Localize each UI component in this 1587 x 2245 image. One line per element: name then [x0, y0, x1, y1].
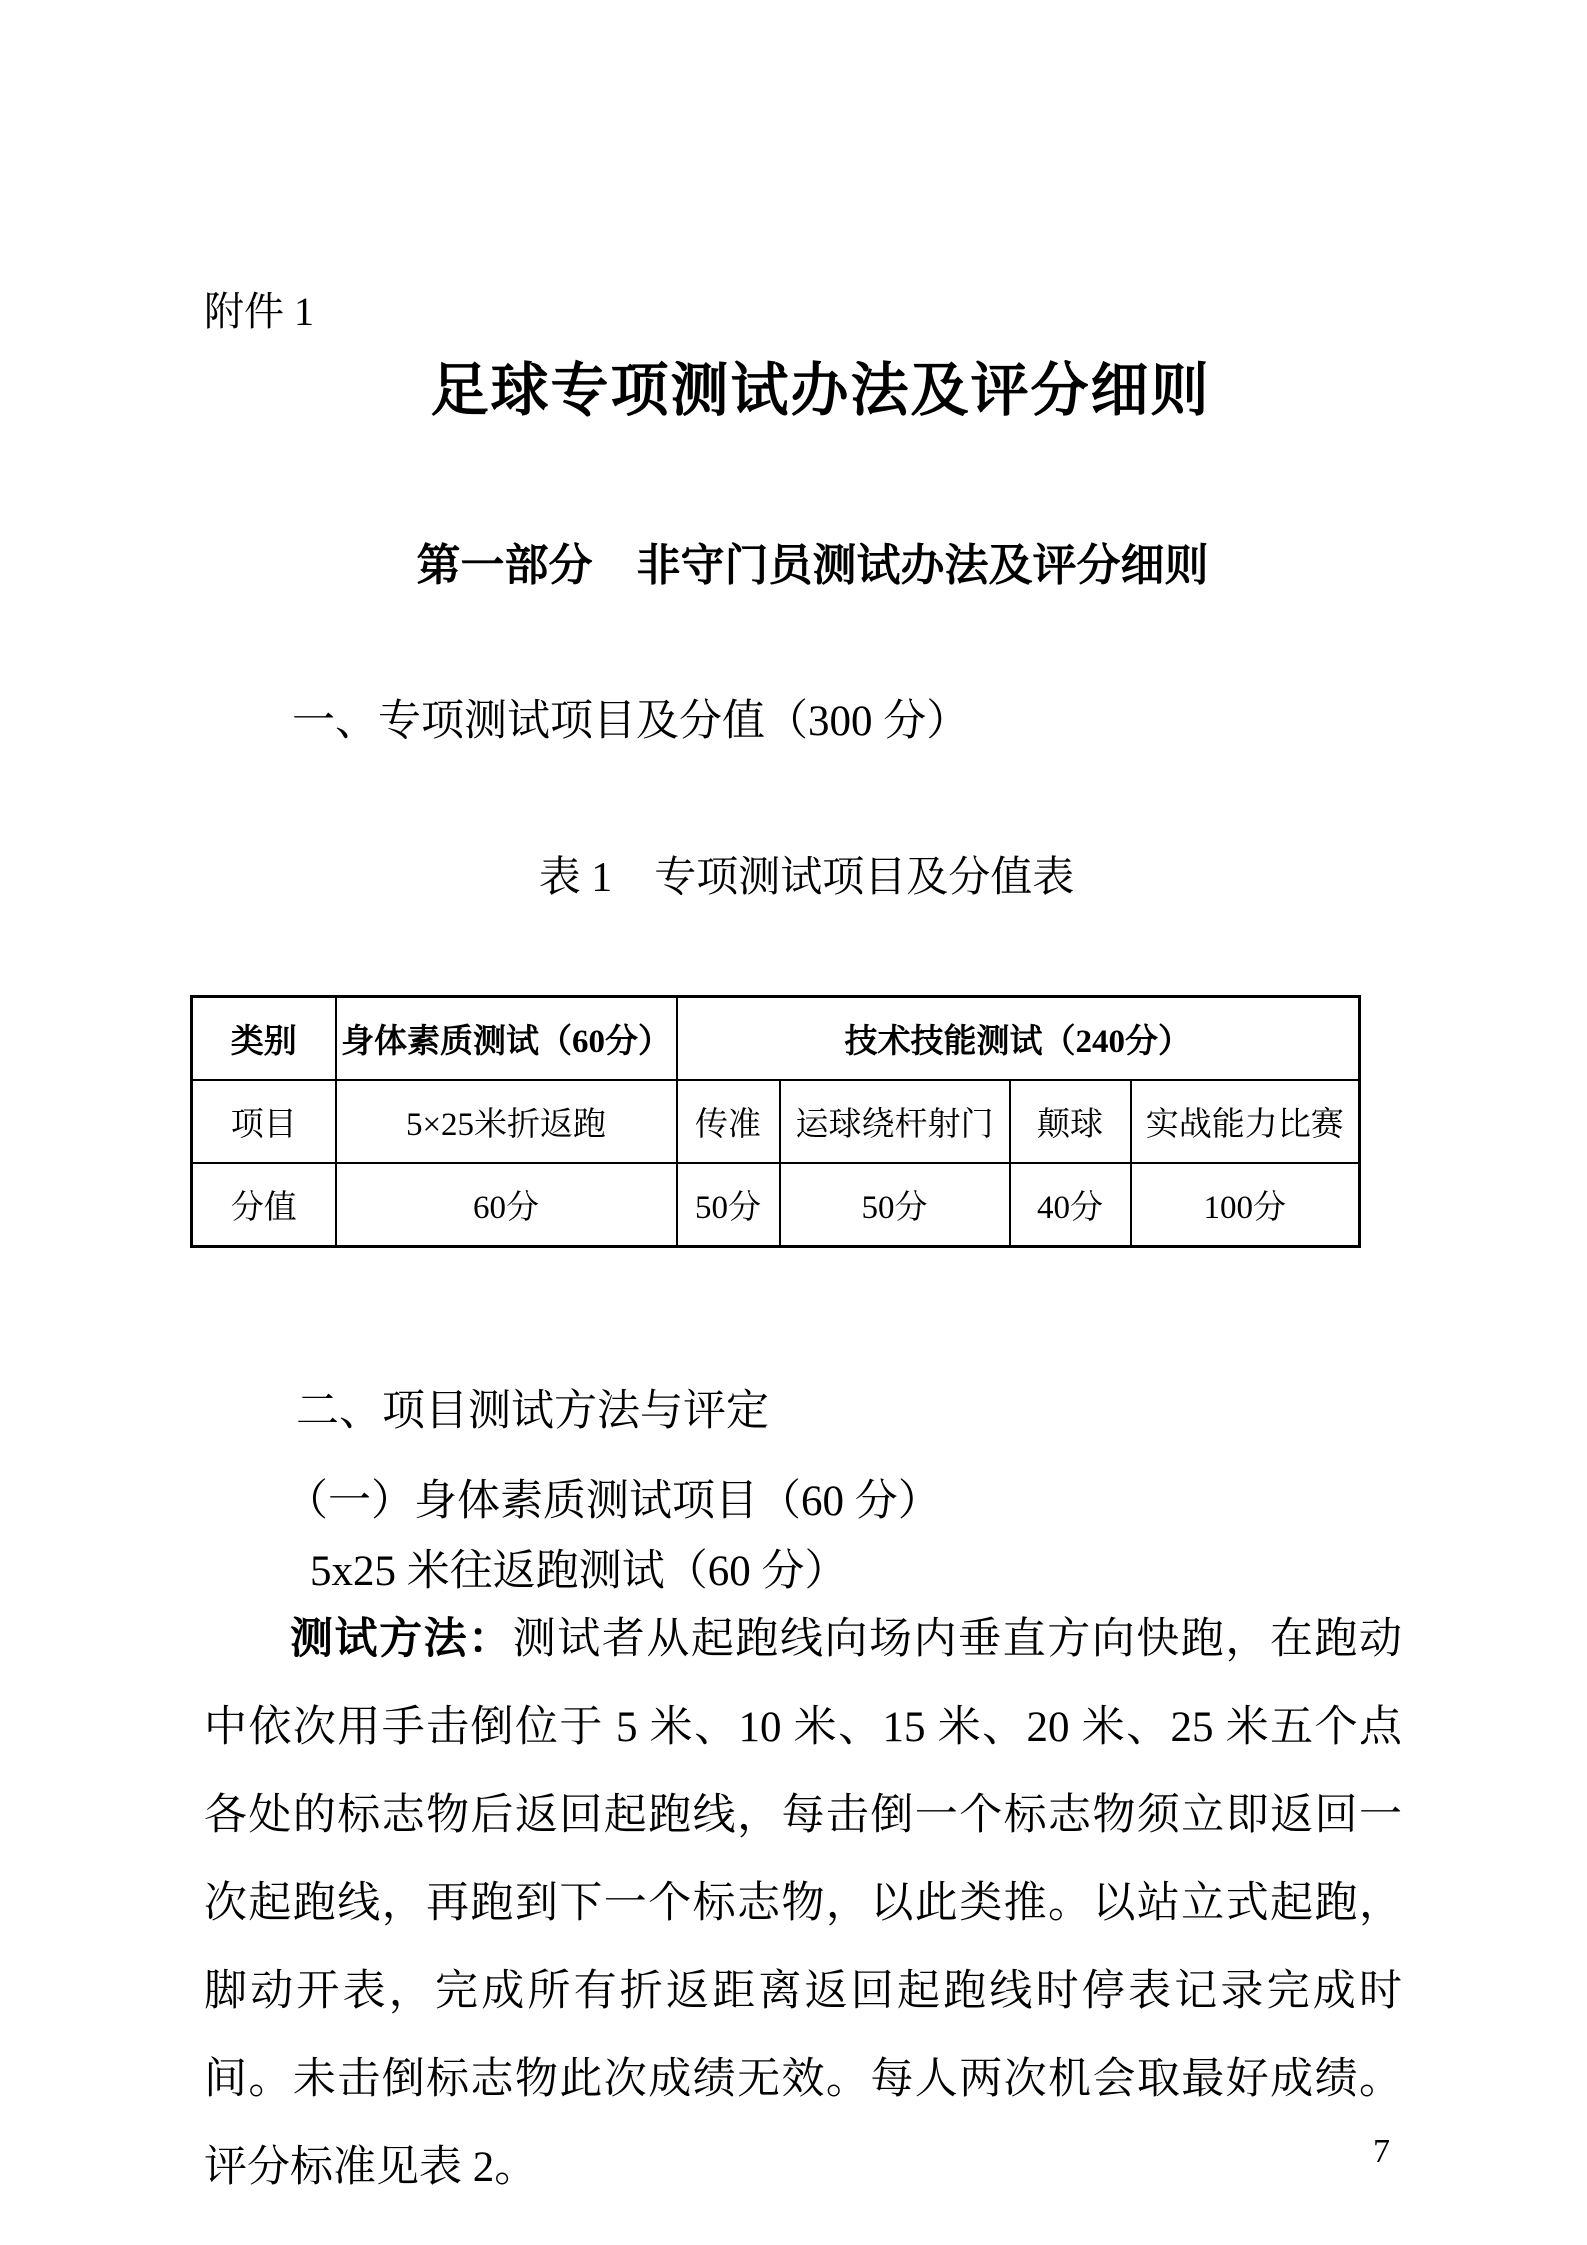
method-label: 测试方法： — [290, 1616, 513, 1663]
part-one-heading: 第一部分 非守门员测试办法及评分细则 — [19, 538, 1587, 594]
cell-item-header: 项目 — [192, 1080, 336, 1163]
table1-caption: 表 1 专项测试项目及分值表 — [13, 852, 1587, 904]
cell-score-juggling: 40分 — [1010, 1163, 1131, 1247]
cell-score-dribble: 50分 — [780, 1163, 1010, 1247]
cell-score-header: 分值 — [192, 1163, 336, 1247]
cell-technical-test: 技术技能测试（240分） — [677, 997, 1360, 1081]
cell-category-header: 类别 — [192, 997, 336, 1081]
score-table: 类别 身体素质测试（60分） 技术技能测试（240分） 项目 5×25米折返跑 … — [190, 995, 1361, 1248]
cell-match-play: 实战能力比赛 — [1131, 1080, 1360, 1163]
cell-passing-accuracy: 传准 — [677, 1080, 780, 1163]
cell-score-match: 100分 — [1131, 1163, 1360, 1247]
cell-dribble-shoot: 运球绕杆射门 — [780, 1080, 1010, 1163]
section-one-heading: 一、专项测试项目及分值（300 分） — [292, 696, 969, 748]
document-page: 附件 1 足球专项测试办法及评分细则 第一部分 非守门员测试办法及评分细则 一、… — [0, 0, 1587, 2245]
table-row-items: 项目 5×25米折返跑 传准 运球绕杆射门 颠球 实战能力比赛 — [192, 1080, 1360, 1163]
cell-score-shuttle: 60分 — [336, 1163, 677, 1247]
method-text: 测试者从起跑线向场内垂直方向快跑，在跑动中依次用手击倒位于 5 米、10 米、1… — [204, 1616, 1402, 2191]
table-row-category: 类别 身体素质测试（60分） 技术技能测试（240分） — [192, 997, 1360, 1081]
shuttle-run-test-title: 5x25 米往返跑测试（60 分） — [310, 1546, 848, 1598]
table-row-scores: 分值 60分 50分 50分 40分 100分 — [192, 1163, 1360, 1247]
cell-score-passing: 50分 — [677, 1163, 780, 1247]
cell-juggling: 颠球 — [1010, 1080, 1131, 1163]
attachment-label: 附件 1 — [204, 288, 314, 336]
page-number: 7 — [1373, 2132, 1390, 2172]
cell-shuttle-run: 5×25米折返跑 — [336, 1080, 677, 1163]
section-two-heading: 二、项目测试方法与评定 — [296, 1386, 769, 1438]
document-title: 足球专项测试办法及评分细则 — [27, 356, 1587, 426]
cell-physical-test: 身体素质测试（60分） — [336, 997, 677, 1081]
physical-test-subheading: （一）身体素质测试项目（60 分） — [285, 1476, 941, 1528]
method-paragraph: 测试方法：测试者从起跑线向场内垂直方向快跑，在跑动中依次用手击倒位于 5 米、1… — [204, 1596, 1402, 2212]
